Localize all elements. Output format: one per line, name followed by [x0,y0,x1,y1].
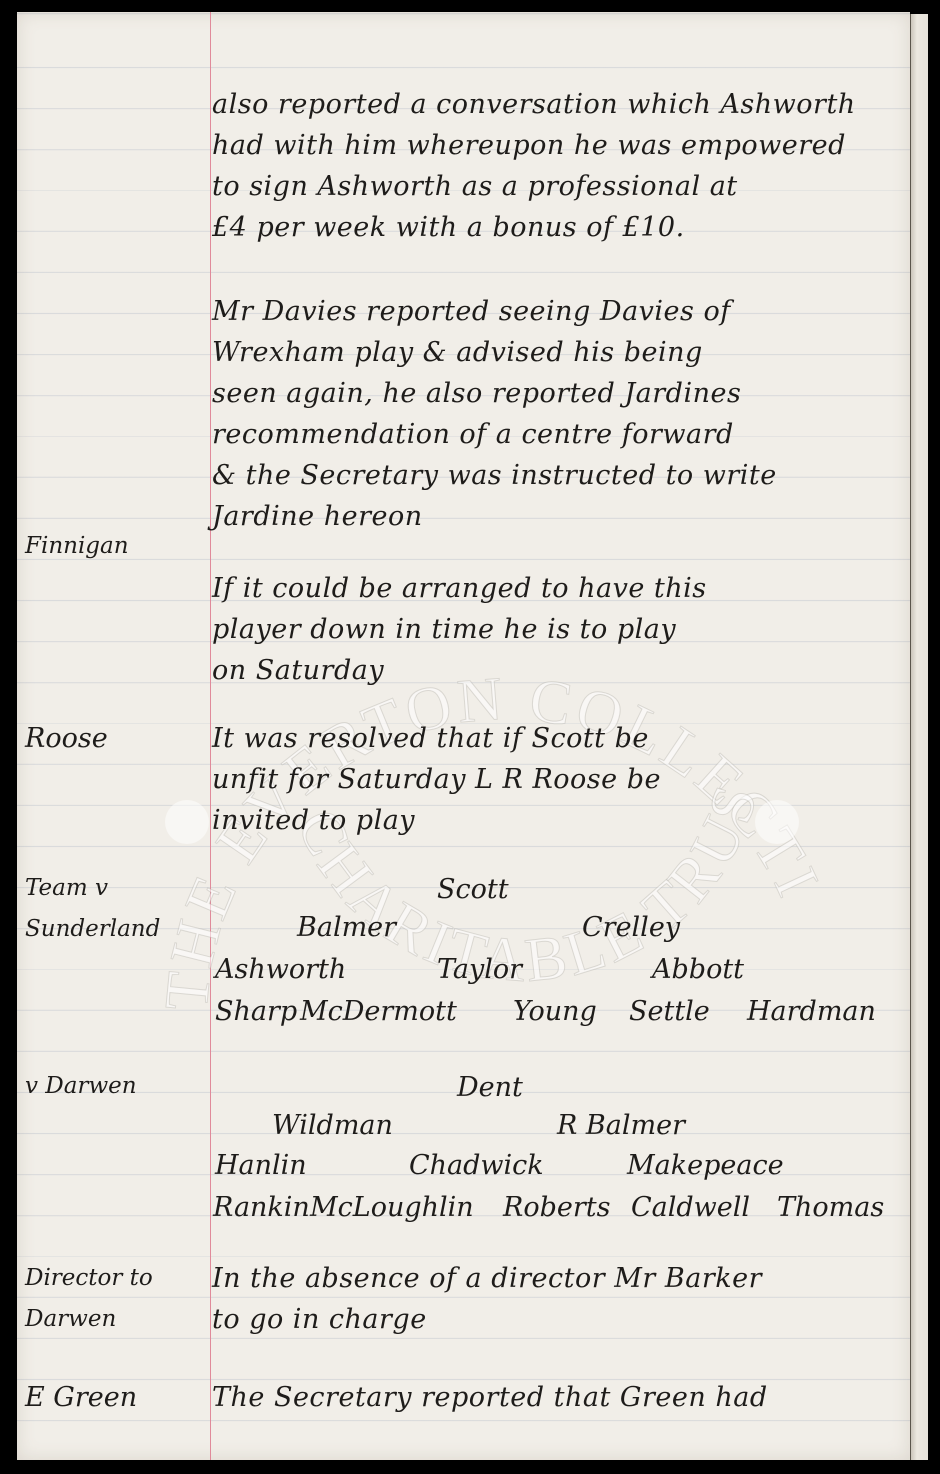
entry-line: Jardine hereon [212,496,423,537]
entry-line: also reported a conversation which Ashwo… [212,84,856,125]
margin-note-darwen: v Darwen [25,1066,137,1107]
margin-note-finnigan: Finnigan [25,526,129,567]
entry-line: Wrexham play & advised his being [212,332,703,373]
entry-line: seen again, he also reported Jardines [212,373,741,414]
back: R Balmer [557,1110,685,1141]
entry-line: unfit for Saturday L R Roose be [212,759,661,800]
back: Balmer [297,912,396,943]
half-back: Makepeace [627,1150,784,1181]
half-back: Taylor [437,954,522,985]
entry-line: had with him whereupon he was empowered [212,125,846,166]
entry-line: £4 per week with a bonus of £10. [212,207,685,248]
margin-note-director: Director to [25,1258,153,1299]
entry-line: recommendation of a centre forward [212,414,734,455]
forward: McLoughlin [310,1192,474,1223]
forward: McDermott [300,996,457,1027]
entry-line: on Saturday [212,650,384,691]
entry-line: It was resolved that if Scott be [212,718,649,759]
forward: Settle [629,996,710,1027]
entry-line: player down in time he is to play [212,609,676,650]
forward: Rankin [213,1192,310,1223]
half-back: Abbott [652,954,744,985]
back: Crelley [582,912,680,943]
half-back: Hanlin [215,1150,307,1181]
entry-line: The Secretary reported that Green had [212,1377,768,1418]
forward: Roberts [503,1192,610,1223]
forward: Hardman [747,996,876,1027]
forward: Sharp [215,996,297,1027]
entry-line: Mr Davies reported seeing Davies of [212,291,731,332]
back: Wildman [272,1110,393,1141]
goalkeeper: Dent [457,1072,523,1103]
entry-line: If it could be arranged to have this [212,568,707,609]
goalkeeper: Scott [437,874,509,905]
forward: Thomas [777,1192,884,1223]
entry-line: & the Secretary was instructed to write [212,455,777,496]
red-margin-rule [210,12,211,1460]
next-page-edge [911,14,928,1460]
margin-note-roose: Roose [25,718,108,759]
half-back: Ashworth [215,954,346,985]
margin-note-team: Team v [25,868,108,909]
margin-note-sunderland: Sunderland [25,909,160,950]
entry-line: to go in charge [212,1299,427,1340]
entry-line: In the absence of a director Mr Barker [212,1258,762,1299]
margin-note-e-green: E Green [25,1377,137,1418]
forward: Young [513,996,597,1027]
margin-note-darwen-2: Darwen [25,1299,116,1340]
forward: Caldwell [631,1192,750,1223]
minute-book-page: THE EVERTON COLLECTION THE EVERTON COLLE… [17,12,910,1460]
half-back: Chadwick [409,1150,544,1181]
entry-line: invited to play [212,800,415,841]
entry-line: to sign Ashworth as a professional at [212,166,738,207]
